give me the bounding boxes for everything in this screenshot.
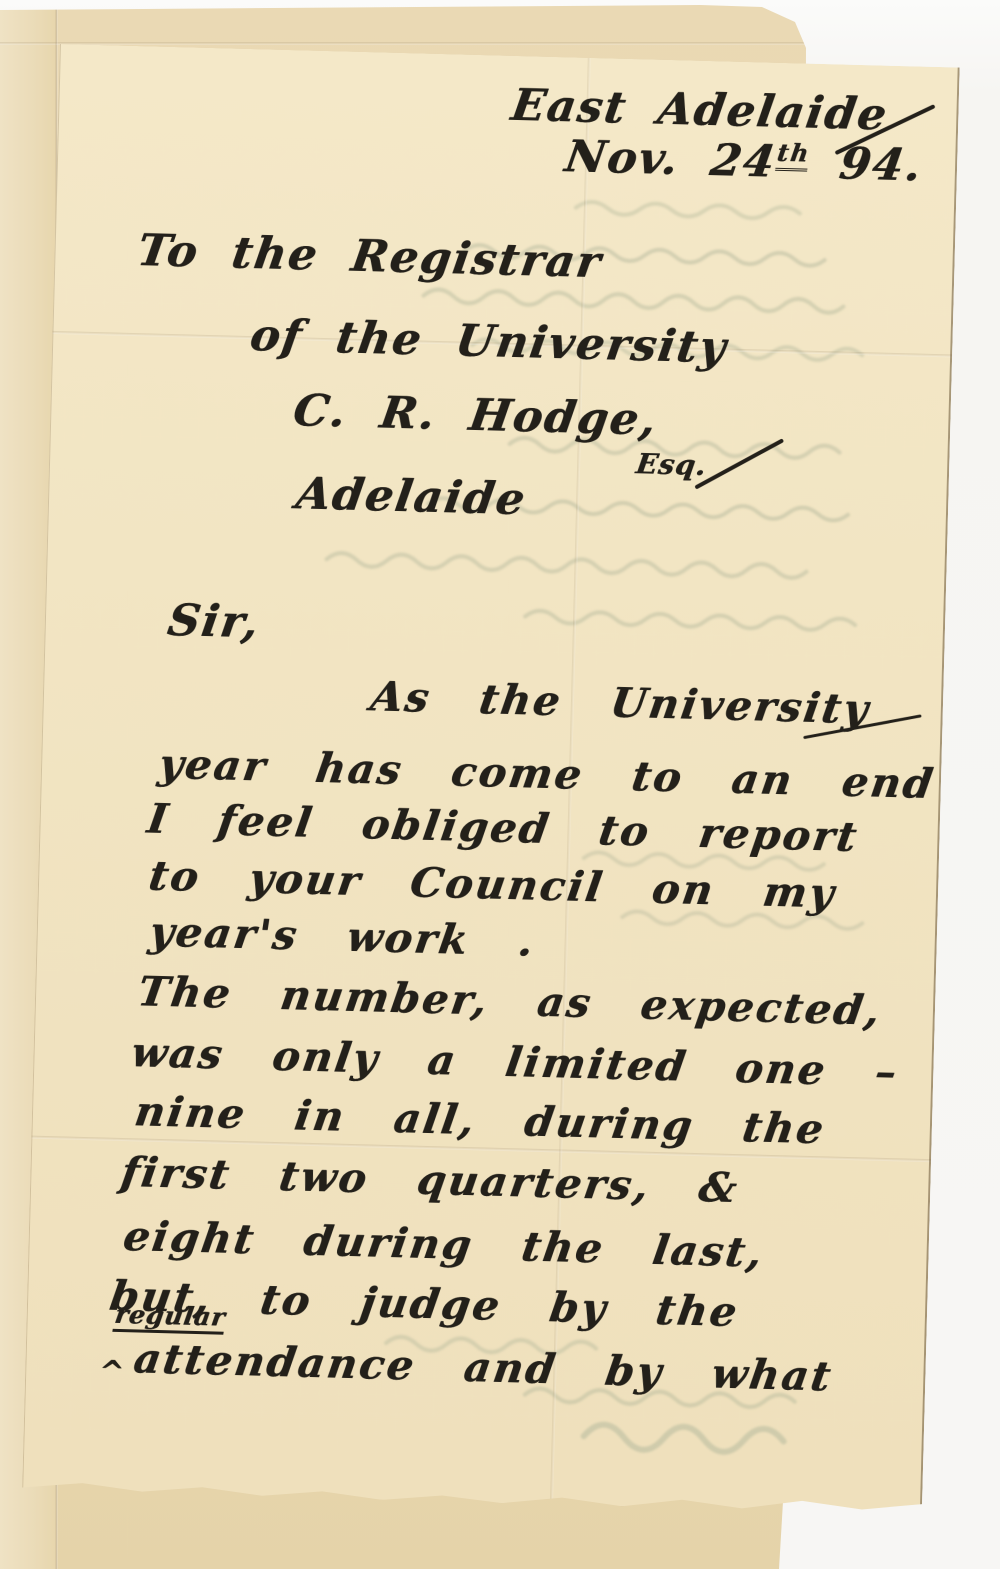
body-line: was only a limited one – xyxy=(128,1028,902,1096)
heading-date-year: 94. xyxy=(836,139,926,192)
heading-place: East Adelaide xyxy=(508,80,892,141)
body-line: year's work . xyxy=(146,908,539,966)
salutation: Sir, xyxy=(164,595,263,648)
inserted-word: regular xyxy=(112,1300,227,1335)
address-line-recipient: To the Registrar xyxy=(134,225,605,288)
heading-date-prefix: Nov. 24 xyxy=(562,131,780,187)
address-honorific: Esq. xyxy=(634,447,709,482)
body-line: to your Council on my xyxy=(146,852,839,918)
address-line-institution: of the University xyxy=(247,310,731,373)
pen-flourish-name xyxy=(694,438,784,489)
letter-sheet: East Adelaide Nov. 24th 94. To the Regis… xyxy=(22,44,960,1514)
body-line-with-caret: ^attendance and by what xyxy=(97,1334,836,1401)
insertion-caret: ^ xyxy=(96,1355,129,1391)
body-line: eight during the last, xyxy=(120,1212,767,1277)
body-line: As the University xyxy=(367,672,873,733)
folder-crease-horizontal xyxy=(0,42,806,45)
address-line-name: C. R. Hodge, xyxy=(290,385,661,445)
body-line: I feel obliged to report xyxy=(144,795,862,861)
address-line-city: Adelaide xyxy=(293,468,530,525)
heading-date-ordinal: th xyxy=(775,138,813,172)
heading-date: Nov. 24th 94. xyxy=(562,131,927,191)
body-line: attendance and by what xyxy=(131,1334,836,1400)
body-line: first two quarters, & xyxy=(118,1148,742,1212)
body-line: The number, as expected, xyxy=(135,967,886,1034)
